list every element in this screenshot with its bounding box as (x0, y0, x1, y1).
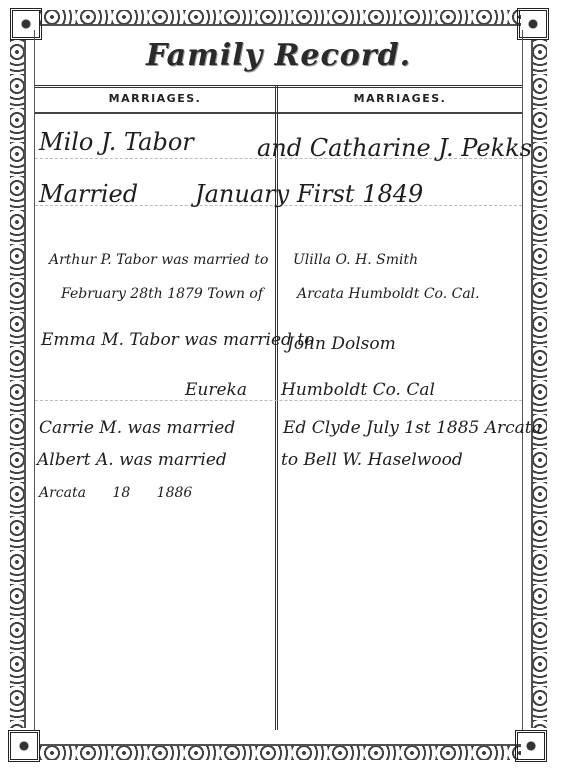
entry-left: Arcata 18 1886 (39, 485, 192, 501)
ornamental-border-left (10, 40, 26, 728)
column-heading-right: MARRIAGES. (280, 92, 520, 105)
entry-left: Milo J. Tabor (39, 128, 194, 156)
entry-right: Ulilla O. H. Smith (293, 252, 418, 268)
entry-right: January First 1849 (195, 180, 423, 208)
entry-left: Carrie M. was married (39, 418, 235, 438)
column-heading-left: MARRIAGES. (35, 92, 275, 105)
entry-right: Ed Clyde July 1st 1885 Arcata (283, 418, 542, 438)
divider (35, 85, 522, 88)
document-page: Family Record. MARRIAGES. MARRIAGES. Mil… (0, 0, 561, 768)
ornamental-border-top (40, 10, 521, 26)
page-title: Family Record. (35, 38, 522, 73)
entry-left: Emma M. Tabor was married to (41, 330, 314, 350)
entry-left: Arthur P. Tabor was married to (49, 252, 268, 268)
ornamental-border-right (531, 40, 547, 728)
record-frame: Family Record. MARRIAGES. MARRIAGES. Mil… (34, 30, 523, 730)
entry-left: Eureka (185, 380, 247, 400)
entry-right: and Catharine J. Pekks (257, 134, 532, 162)
corner-ornament-icon (515, 730, 547, 762)
ornamental-border-bottom (40, 744, 521, 760)
entry-right: Arcata Humboldt Co. Cal. (297, 286, 480, 302)
entry-right: to Bell W. Haselwood (281, 450, 463, 470)
entry-right: John Dolsom (287, 334, 396, 354)
ruled-line (35, 400, 522, 401)
entry-left: Albert A. was married (37, 450, 227, 470)
divider (35, 112, 522, 114)
entry-left: Married (39, 180, 138, 208)
entry-left: February 28th 1879 Town of (61, 286, 263, 302)
corner-ornament-icon (8, 730, 40, 762)
entry-right: Humboldt Co. Cal (281, 380, 435, 400)
